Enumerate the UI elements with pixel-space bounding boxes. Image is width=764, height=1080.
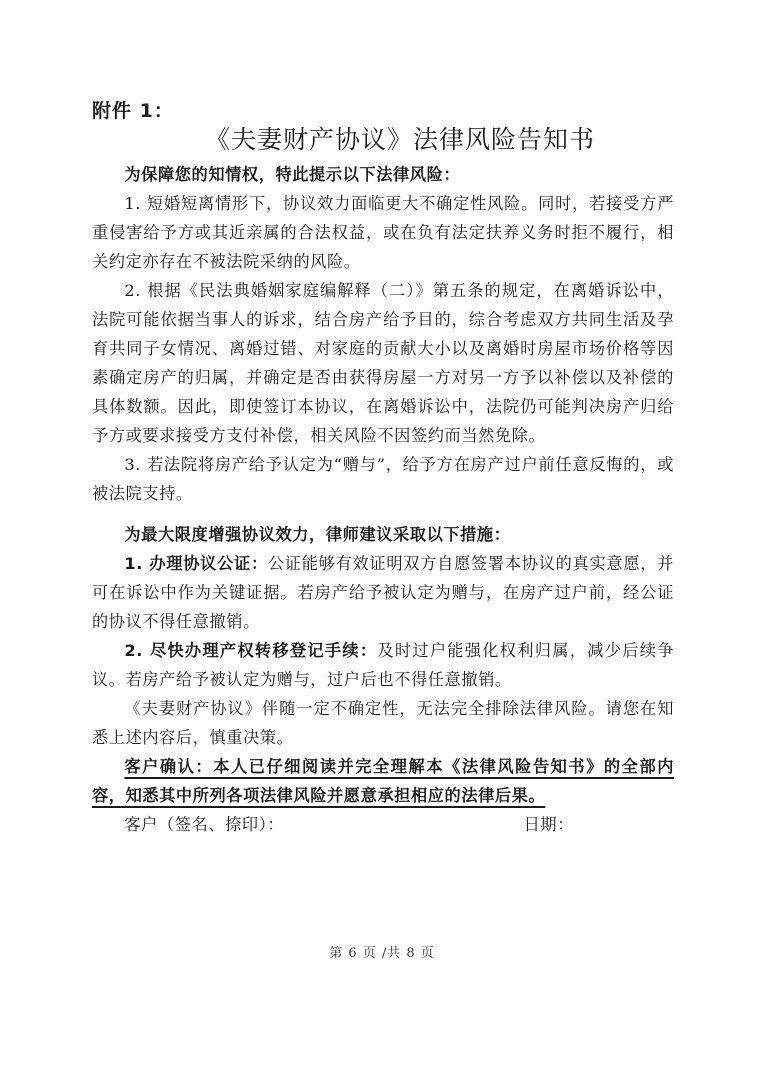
- document-body: 为保障您的知情权，特此提示以下法律风险： 1. 短婚短离情形下，协议效力面临更大…: [92, 160, 674, 839]
- closing-paragraph: 《夫妻财产协议》伴随一定不确定性，无法完全排除法律风险。请您在知悉上述内容后，慎…: [92, 694, 674, 752]
- risk-item-1: 1. 短婚短离情形下，协议效力面临更大不确定性风险。同时，若接受方严重侵害给予方…: [92, 189, 674, 276]
- document-page: 附件 1： 《夫妻财产协议》法律风险告知书 为保障您的知情权，特此提示以下法律风…: [0, 0, 764, 1080]
- measure-label-2: 2. 尽快办理产权转移登记手续：: [124, 641, 377, 660]
- risk-item-2: 2. 根据《民法典婚姻家庭编解释（二）》第五条的规定，在离婚诉讼中，法院可能依据…: [92, 276, 674, 450]
- client-confirmation: 客户确认：本人已仔细阅读并完全理解本《法律风险告知书》的全部内容，知悉其中所列各…: [92, 752, 674, 810]
- risk-item-3: 3. 若法院将房产给予认定为“赠与”，给予方在房产过户前任意反悔的，或被法院支持…: [92, 450, 674, 508]
- measure-item-1: 1. 办理协议公证：公证能够有效证明双方自愿签署本协议的真实意愿，并可在诉讼中作…: [92, 549, 674, 636]
- annex-label: 附件 1：: [92, 96, 174, 123]
- measure-item-2: 2. 尽快办理产权转移登记手续：及时过户能强化权利归属，减少后续争议。若房产给予…: [92, 636, 674, 694]
- signature-row: 客户（签名、捺印）： 日期：: [92, 810, 674, 839]
- signature-label: 客户（签名、捺印）：: [92, 810, 284, 839]
- measure-label-1: 1. 办理协议公证：: [124, 554, 267, 573]
- intro-heading: 为保障您的知情权，特此提示以下法律风险：: [92, 160, 674, 189]
- document-title: 《夫妻财产协议》法律风险告知书: [0, 120, 764, 156]
- date-label: 日期：: [491, 810, 574, 839]
- page-footer: 第 6 页 /共 8 页: [0, 942, 764, 961]
- measures-heading: 为最大限度增强协议效力，律师建议采取以下措施：: [92, 520, 674, 549]
